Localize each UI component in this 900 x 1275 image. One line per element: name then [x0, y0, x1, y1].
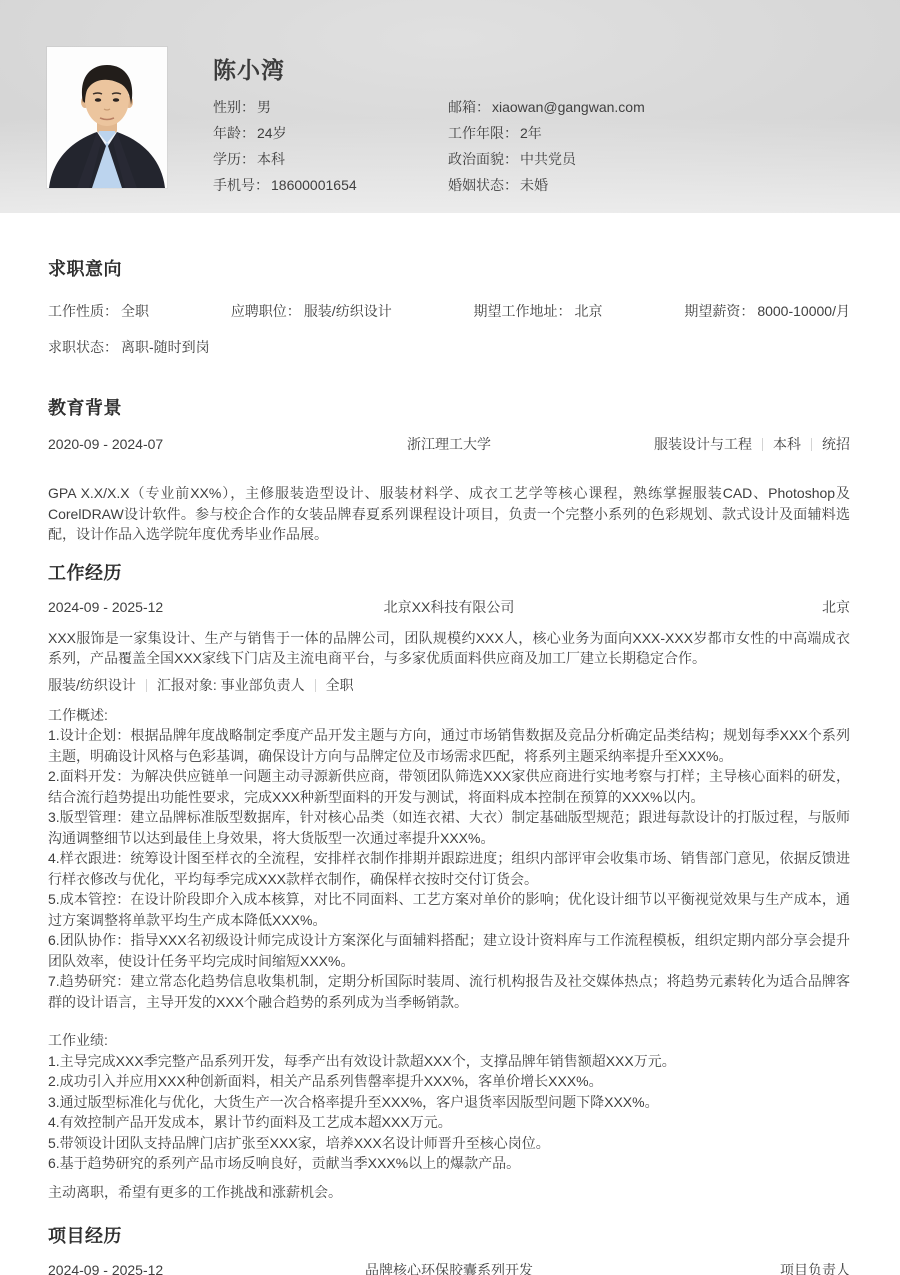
work-overview-item: 1.设计企划：根据品牌年度战略制定季度产品开发主题与方向，通过市场销售数据及竞品…: [48, 725, 850, 766]
work-achievement-title: 工作业绩:: [48, 1030, 850, 1051]
profile-photo-illustration: [47, 47, 167, 188]
resume-body: 求职意向 工作性质：全职 应聘职位：服装/纺织设计 期望工作地址：北京 期望薪资…: [0, 257, 900, 1275]
work-achievement-item: 1.主导完成XXX季完整产品系列开发，每季产出有效设计款超XXX个，支撑品牌年销…: [48, 1051, 850, 1072]
separator: [146, 679, 147, 692]
person-name: 陈小湾: [213, 52, 285, 85]
resume-page: 陈小湾 性别：男 年龄：24岁 学历：本科 手机号：18600001654 邮箱…: [0, 0, 900, 1275]
info-marital-status-label: 婚姻状态：: [448, 177, 518, 193]
work-company: 北京XX科技有限公司: [384, 599, 515, 616]
work-report-to: 汇报对象: 事业部负责人: [157, 677, 305, 694]
education-major: 服装设计与工程: [654, 436, 752, 453]
intent-location-label: 期望工作地址：: [474, 303, 572, 319]
work-achievement-block: 工作业绩: 1.主导完成XXX季完整产品系列开发，每季产出有效设计款超XXX个，…: [48, 1030, 850, 1174]
info-email-value: xiaowan@gangwan.com: [492, 99, 645, 115]
info-gender-value: 男: [257, 99, 271, 115]
info-gender: 性别：男: [213, 94, 357, 120]
intent-position-label: 应聘职位：: [231, 303, 301, 319]
personal-info-right: 邮箱：xiaowan@gangwan.com 工作年限：2年 政治面貌：中共党员…: [448, 94, 645, 198]
education-description: GPA X.X/X.X（专业前XX%），主修服装造型设计、服装材料学、成衣工艺学…: [48, 483, 850, 545]
intent-location: 期望工作地址：北京: [474, 303, 603, 320]
resume-header: 陈小湾 性别：男 年龄：24岁 学历：本科 手机号：18600001654 邮箱…: [0, 0, 900, 213]
separator: [762, 438, 763, 451]
project-row: 2024-09 - 2025-12 品牌核心环保胶囊系列开发 项目负责人: [48, 1262, 850, 1275]
separator: [315, 679, 316, 692]
intent-position: 应聘职位：服装/纺织设计: [231, 303, 392, 320]
job-intent-row1: 工作性质：全职 应聘职位：服装/纺织设计 期望工作地址：北京 期望薪资：8000…: [48, 303, 850, 320]
section-title-work: 工作经历: [48, 561, 850, 585]
info-work-years-label: 工作年限：: [448, 125, 518, 141]
work-achievement-item: 4.有效控制产品开发成本，累计节约面料及工艺成本超XXX万元。: [48, 1112, 850, 1133]
work-overview-block: 工作概述: 1.设计企划：根据品牌年度战略制定季度产品开发主题与方向，通过市场销…: [48, 705, 850, 1013]
education-school: 浙江理工大学: [407, 436, 491, 453]
info-political-status: 政治面貌：中共党员: [448, 146, 645, 172]
project-name: 品牌核心环保胶囊系列开发: [365, 1262, 533, 1275]
work-overview-item: 3.版型管理：建立品牌标准版型数据库，针对核心品类（如连衣裙、大衣）制定基础版型…: [48, 807, 850, 848]
info-phone-label: 手机号：: [213, 177, 269, 193]
info-email: 邮箱：xiaowan@gangwan.com: [448, 94, 645, 120]
section-title-job-intent: 求职意向: [48, 257, 850, 281]
work-meta-row: 服装/纺织设计 汇报对象: 事业部负责人 全职: [48, 677, 850, 694]
work-overview-item: 7.趋势研究：建立常态化趋势信息收集机制，定期分析国际时装周、流行机构报告及社交…: [48, 971, 850, 1012]
info-phone-value: 18600001654: [271, 177, 357, 193]
work-job-type: 全职: [326, 677, 354, 694]
work-achievement-item: 5.带领设计团队支持品牌门店扩张至XXX家，培养XXX名设计师晋升至核心岗位。: [48, 1133, 850, 1154]
work-row: 2024-09 - 2025-12 北京XX科技有限公司 北京: [48, 599, 850, 616]
intent-job-nature-label: 工作性质：: [48, 303, 118, 319]
intent-salary: 期望薪资：8000-10000/月: [684, 303, 850, 320]
work-overview-item: 2.面料开发：为解决供应链单一问题主动寻源新供应商，带领团队筛选XXX家供应商进…: [48, 766, 850, 807]
work-overview-title: 工作概述:: [48, 705, 850, 726]
info-phone: 手机号：18600001654: [213, 172, 357, 198]
work-achievement-item: 6.基于趋势研究的系列产品市场反响良好，贡献当季XXX%以上的爆款产品。: [48, 1153, 850, 1174]
education-major-group: 服装设计与工程 本科 统招: [654, 436, 850, 453]
work-overview-item: 5.成本管控：在设计阶段即介入成本核算，对比不同面料、工艺方案对单价的影响；优化…: [48, 889, 850, 930]
company-intro: XXX服饰是一家集设计、生产与销售于一体的品牌公司，团队规模约XXX人，核心业务…: [48, 628, 850, 669]
info-marital-status-value: 未婚: [520, 177, 548, 193]
info-political-status-value: 中共党员: [520, 151, 576, 167]
info-gender-label: 性别：: [213, 99, 255, 115]
education-degree: 本科: [773, 436, 801, 453]
project-role: 项目负责人: [780, 1262, 850, 1275]
education-row: 2020-09 - 2024-07 浙江理工大学 服装设计与工程 本科 统招: [48, 436, 850, 453]
info-work-years-value: 2年: [520, 125, 542, 141]
work-position: 服装/纺织设计: [48, 677, 136, 694]
section-title-project: 项目经历: [48, 1224, 850, 1248]
info-marital-status: 婚姻状态：未婚: [448, 172, 645, 198]
intent-status-value: 离职-随时到岗: [121, 339, 210, 355]
intent-position-value: 服装/纺织设计: [304, 303, 392, 319]
project-period: 2024-09 - 2025-12: [48, 1262, 163, 1275]
info-political-status-label: 政治面貌：: [448, 151, 518, 167]
info-age: 年龄：24岁: [213, 120, 357, 146]
work-achievement-item: 3.通过版型标准化与优化，大货生产一次合格率提升至XXX%，客户退货率因版型问题…: [48, 1092, 850, 1113]
work-location: 北京: [822, 599, 850, 616]
work-period: 2024-09 - 2025-12: [48, 599, 163, 616]
intent-status-label: 求职状态：: [48, 339, 118, 355]
intent-location-value: 北京: [575, 303, 603, 319]
work-overview-item: 6.团队协作：指导XXX名初级设计师完成设计方案深化与面辅料搭配；建立设计资料库…: [48, 930, 850, 971]
separator: [811, 438, 812, 451]
leave-reason: 主动离职，希望有更多的工作挑战和涨薪机会。: [48, 1182, 850, 1203]
info-education-label: 学历：: [213, 151, 255, 167]
info-age-value: 24岁: [257, 125, 287, 141]
section-title-education: 教育背景: [48, 396, 850, 420]
info-email-label: 邮箱：: [448, 99, 490, 115]
intent-status: 求职状态：离职-随时到岗: [48, 339, 850, 356]
intent-job-nature-value: 全职: [121, 303, 149, 319]
intent-job-nature: 工作性质：全职: [48, 303, 149, 320]
info-age-label: 年龄：: [213, 125, 255, 141]
intent-salary-value: 8000-10000/月: [757, 303, 850, 319]
profile-photo: [47, 47, 167, 188]
education-period: 2020-09 - 2024-07: [48, 436, 163, 453]
intent-salary-label: 期望薪资：: [684, 303, 754, 319]
education-enroll-type: 统招: [822, 436, 850, 453]
work-achievement-item: 2.成功引入并应用XXX种创新面料，相关产品系列售罄率提升XXX%，客单价增长X…: [48, 1071, 850, 1092]
info-work-years: 工作年限：2年: [448, 120, 645, 146]
info-education-value: 本科: [257, 151, 285, 167]
personal-info-left: 性别：男 年龄：24岁 学历：本科 手机号：18600001654: [213, 94, 357, 198]
info-education: 学历：本科: [213, 146, 357, 172]
work-overview-item: 4.样衣跟进：统筹设计图至样衣的全流程，安排样衣制作排期并跟踪进度；组织内部评审…: [48, 848, 850, 889]
